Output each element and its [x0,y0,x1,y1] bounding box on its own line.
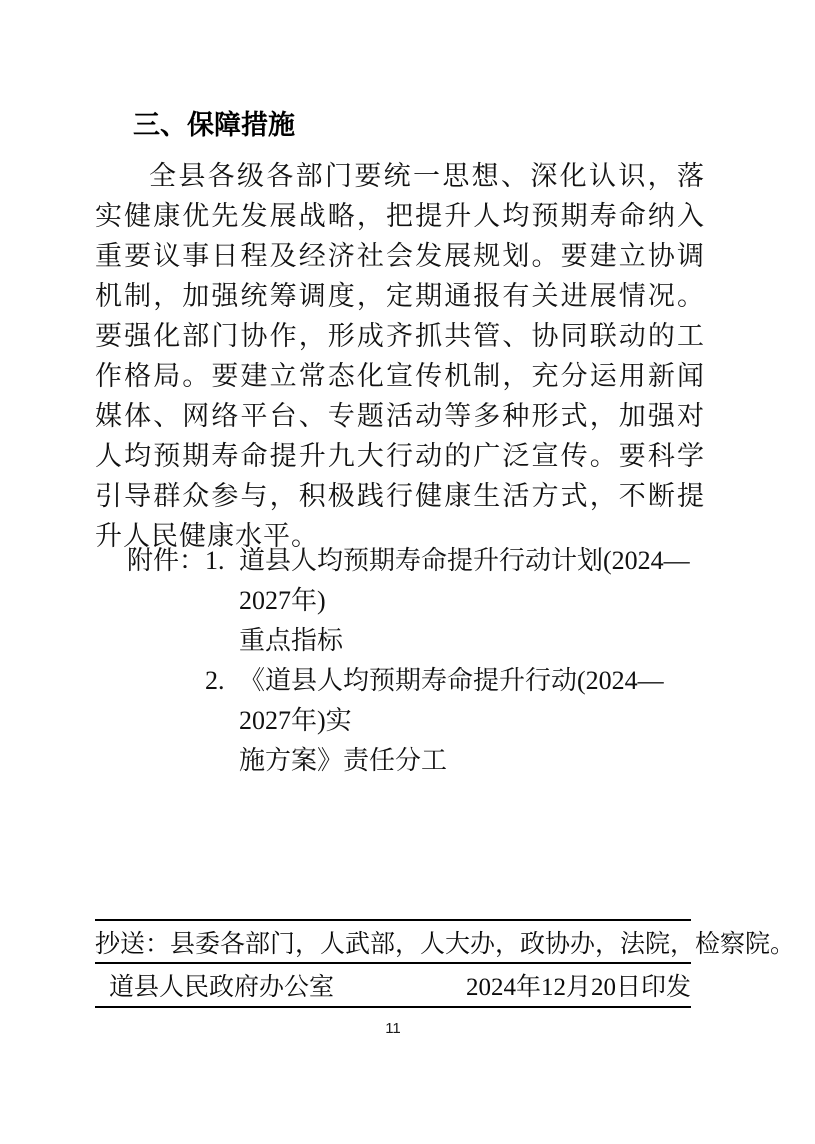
attachment-item-2: 2. 《道县人均预期寿命提升行动(2024—2027年)实 施方案》责任分工 [127,661,707,781]
print-date: 2024年12月20日印发 [466,967,691,1003]
issuer-row: 道县人民政府办公室 2024年12月20日印发 [95,964,691,1006]
attachment-item-1: 附件： 1. 道县人均预期寿命提升行动计划(2024—2027年) 重点指标 [127,541,707,661]
attachment-item-2-number: 2. [205,661,239,701]
attachment-label: 附件： [127,541,205,581]
page-footer: 抄送： 县委各部门，人武部，人大办，政协办，法院，检察院。 道县人民政府办公室 … [95,919,691,1008]
issuing-office: 道县人民政府办公室 [95,967,334,1003]
attachment-block: 附件： 1. 道县人均预期寿命提升行动计划(2024—2027年) 重点指标 2… [127,541,707,781]
attachment-item-2-line-1: 《道县人均预期寿命提升行动(2024—2027年)实 [239,661,707,741]
section-heading: 三、保障措施 [133,108,295,142]
footer-rule-bottom [95,1006,691,1008]
attachment-item-1-line-2: 重点指标 [239,621,707,661]
attachment-item-1-number: 1. [205,541,239,581]
cc-row: 抄送： 县委各部门，人武部，人大办，政协办，法院，检察院。 [95,921,691,962]
attachment-item-2-line-2: 施方案》责任分工 [239,741,707,781]
document-page: 三、保障措施 全县各级各部门要统一思想、深化认识，落实健康优先发展战略，把提升人… [0,0,815,1144]
page-number: 11 [95,1020,691,1037]
attachment-item-1-text: 道县人均预期寿命提升行动计划(2024—2027年) 重点指标 [239,541,707,661]
attachment-item-2-text: 《道县人均预期寿命提升行动(2024—2027年)实 施方案》责任分工 [239,661,707,781]
cc-list: 县委各部门，人武部，人大办，政协办，法院，检察院。 [170,924,795,960]
attachment-item-1-line-1: 道县人均预期寿命提升行动计划(2024—2027年) [239,541,707,621]
body-paragraph: 全县各级各部门要统一思想、深化认识，落实健康优先发展战略，把提升人均预期寿命纳入… [95,156,705,556]
cc-label: 抄送： [95,924,170,960]
